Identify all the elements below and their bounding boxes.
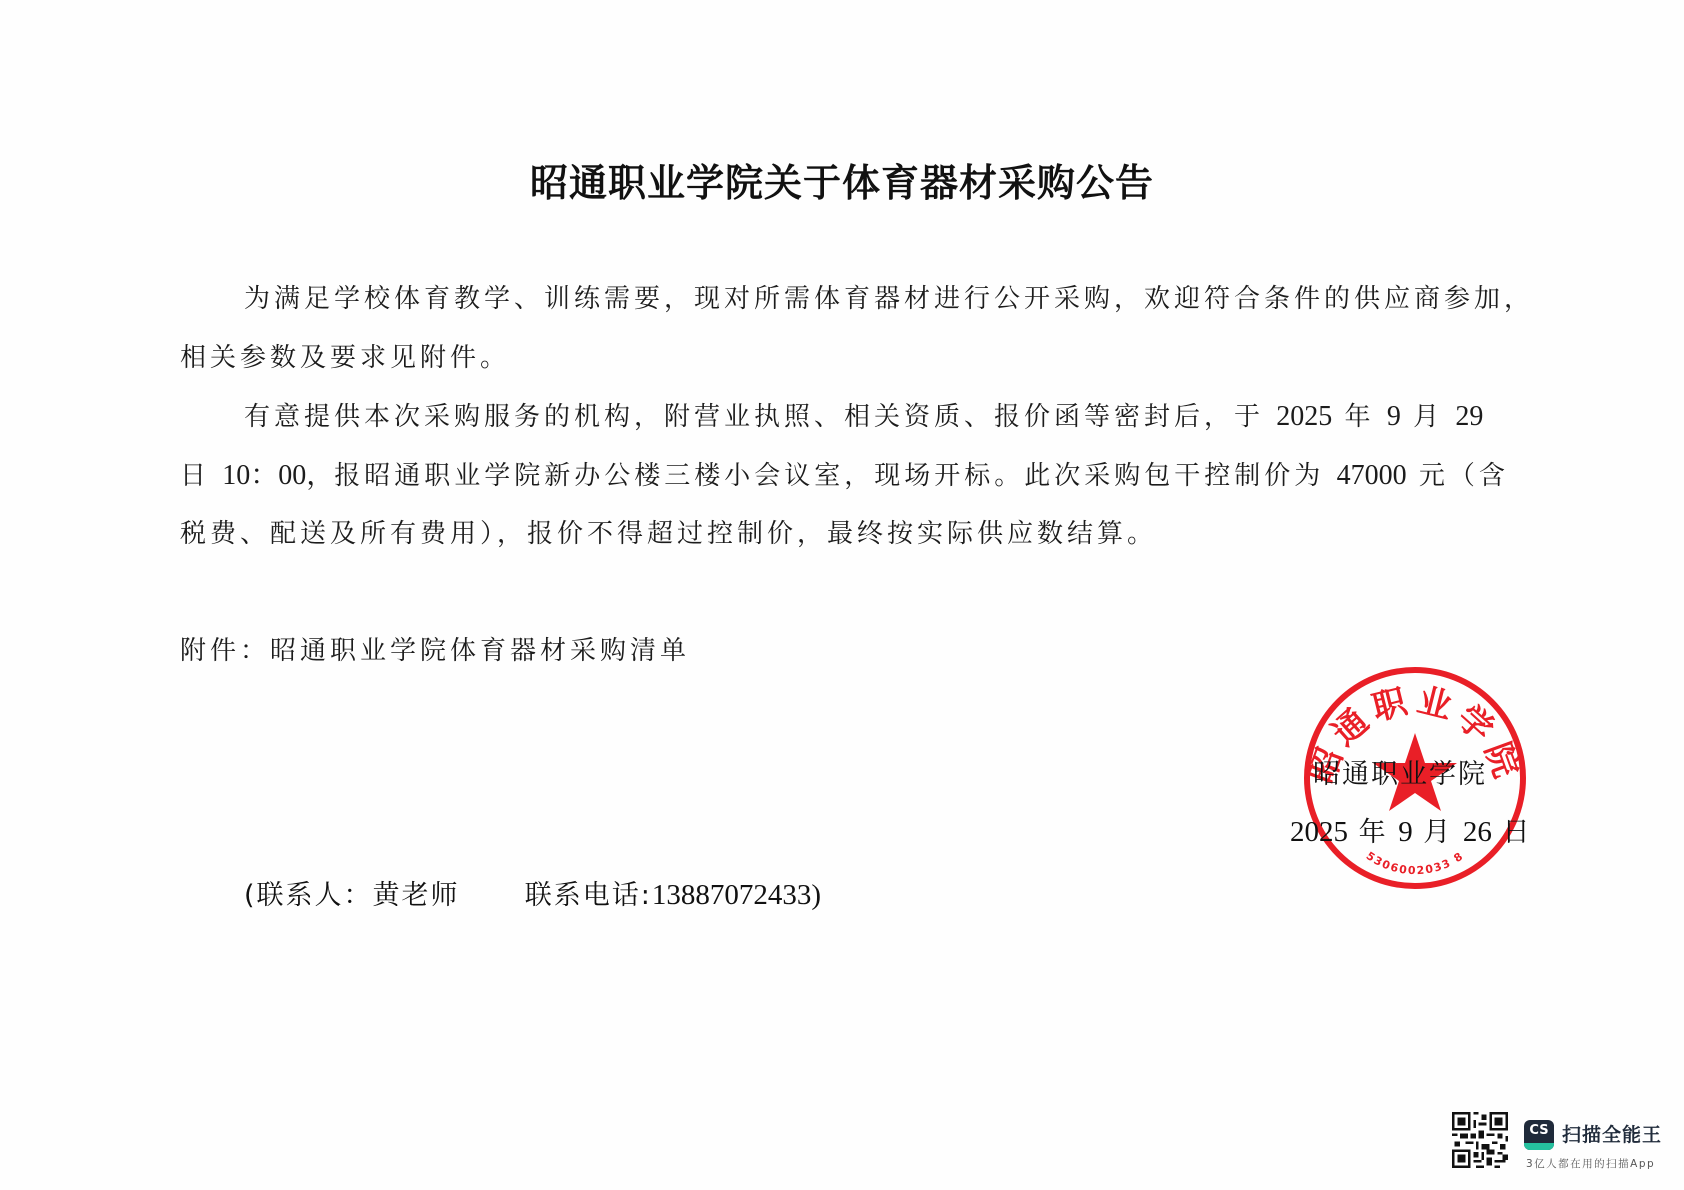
year-unit: 年 <box>1345 402 1375 432</box>
bid-year: 2025 <box>1276 401 1332 432</box>
paragraph2-line3: 税费、配送及所有费用），报价不得超过控制价，最终按实际供应数结算。 <box>180 518 1157 550</box>
contact-phone-label: 联系电话: <box>525 880 652 911</box>
signature-org: 昭通职业学院 <box>1313 752 1487 791</box>
sign-month: 9 <box>1398 816 1413 848</box>
sign-year-unit: 年 <box>1359 817 1388 848</box>
month-unit: 月 <box>1413 402 1443 432</box>
qr-code-icon <box>1452 1112 1508 1168</box>
sign-month-unit: 月 <box>1423 817 1452 848</box>
paragraph1-line2: 相关参数及要求见附件。 <box>180 342 510 374</box>
attachment-reference: 附件：昭通职业学院体育器材采购清单 <box>180 635 690 667</box>
day-unit: 日 <box>180 461 210 491</box>
camscanner-tagline: 3亿人都在用的扫描App <box>1526 1156 1655 1171</box>
paragraph2-line2: 日 10：00，报昭通职业学院新办公楼三楼小会议室，现场开标。此次采购包干控制价… <box>180 460 1509 492</box>
camscanner-logo-icon: CS <box>1524 1120 1554 1150</box>
contact-info: (联系人：黄老师 联系电话:13887072433) <box>244 873 821 912</box>
svg-text:5306002033 8: 5306002033 8 <box>1364 849 1467 877</box>
contact-phone: 13887072433) <box>652 879 821 911</box>
paragraph2-line2-text: 报昭通职业学院新办公楼三楼小会议室，现场开标。此次采购包干控制价为 <box>334 461 1324 491</box>
control-price: 47000 <box>1337 460 1407 491</box>
sign-day-unit: 日 <box>1502 817 1531 848</box>
sign-year: 2025 <box>1290 816 1348 848</box>
paragraph2-line1: 有意提供本次采购服务的机构，附营业执照、相关资质、报价函等密封后，于 2025 … <box>244 401 1483 433</box>
camscanner-app-name: 扫描全能王 <box>1562 1120 1662 1147</box>
bid-month: 9 <box>1387 401 1401 432</box>
bid-time: 10：00， <box>222 460 334 491</box>
paragraph1-line1: 为满足学校体育教学、训练需要，现对所需体育器材进行公开采购，欢迎符合条件的供应商… <box>244 283 1534 315</box>
sign-day: 26 <box>1463 816 1492 848</box>
price-unit: 元（含 <box>1419 461 1509 491</box>
paragraph2-line1-text: 有意提供本次采购服务的机构，附营业执照、相关资质、报价函等密封后，于 <box>244 402 1264 432</box>
document-title: 昭通职业学院关于体育器材采购公告 <box>0 152 1684 207</box>
bid-day: 29 <box>1455 401 1483 432</box>
signature-date: 2025 年 9 月 26 日 <box>1290 810 1531 849</box>
camscanner-watermark: CS 扫描全能王 3亿人都在用的扫描App <box>1452 1112 1672 1174</box>
contact-person: (联系人：黄老师 <box>244 880 460 911</box>
document-page: 昭通职业学院关于体育器材采购公告 为满足学校体育教学、训练需要，现对所需体育器材… <box>0 0 1684 1190</box>
